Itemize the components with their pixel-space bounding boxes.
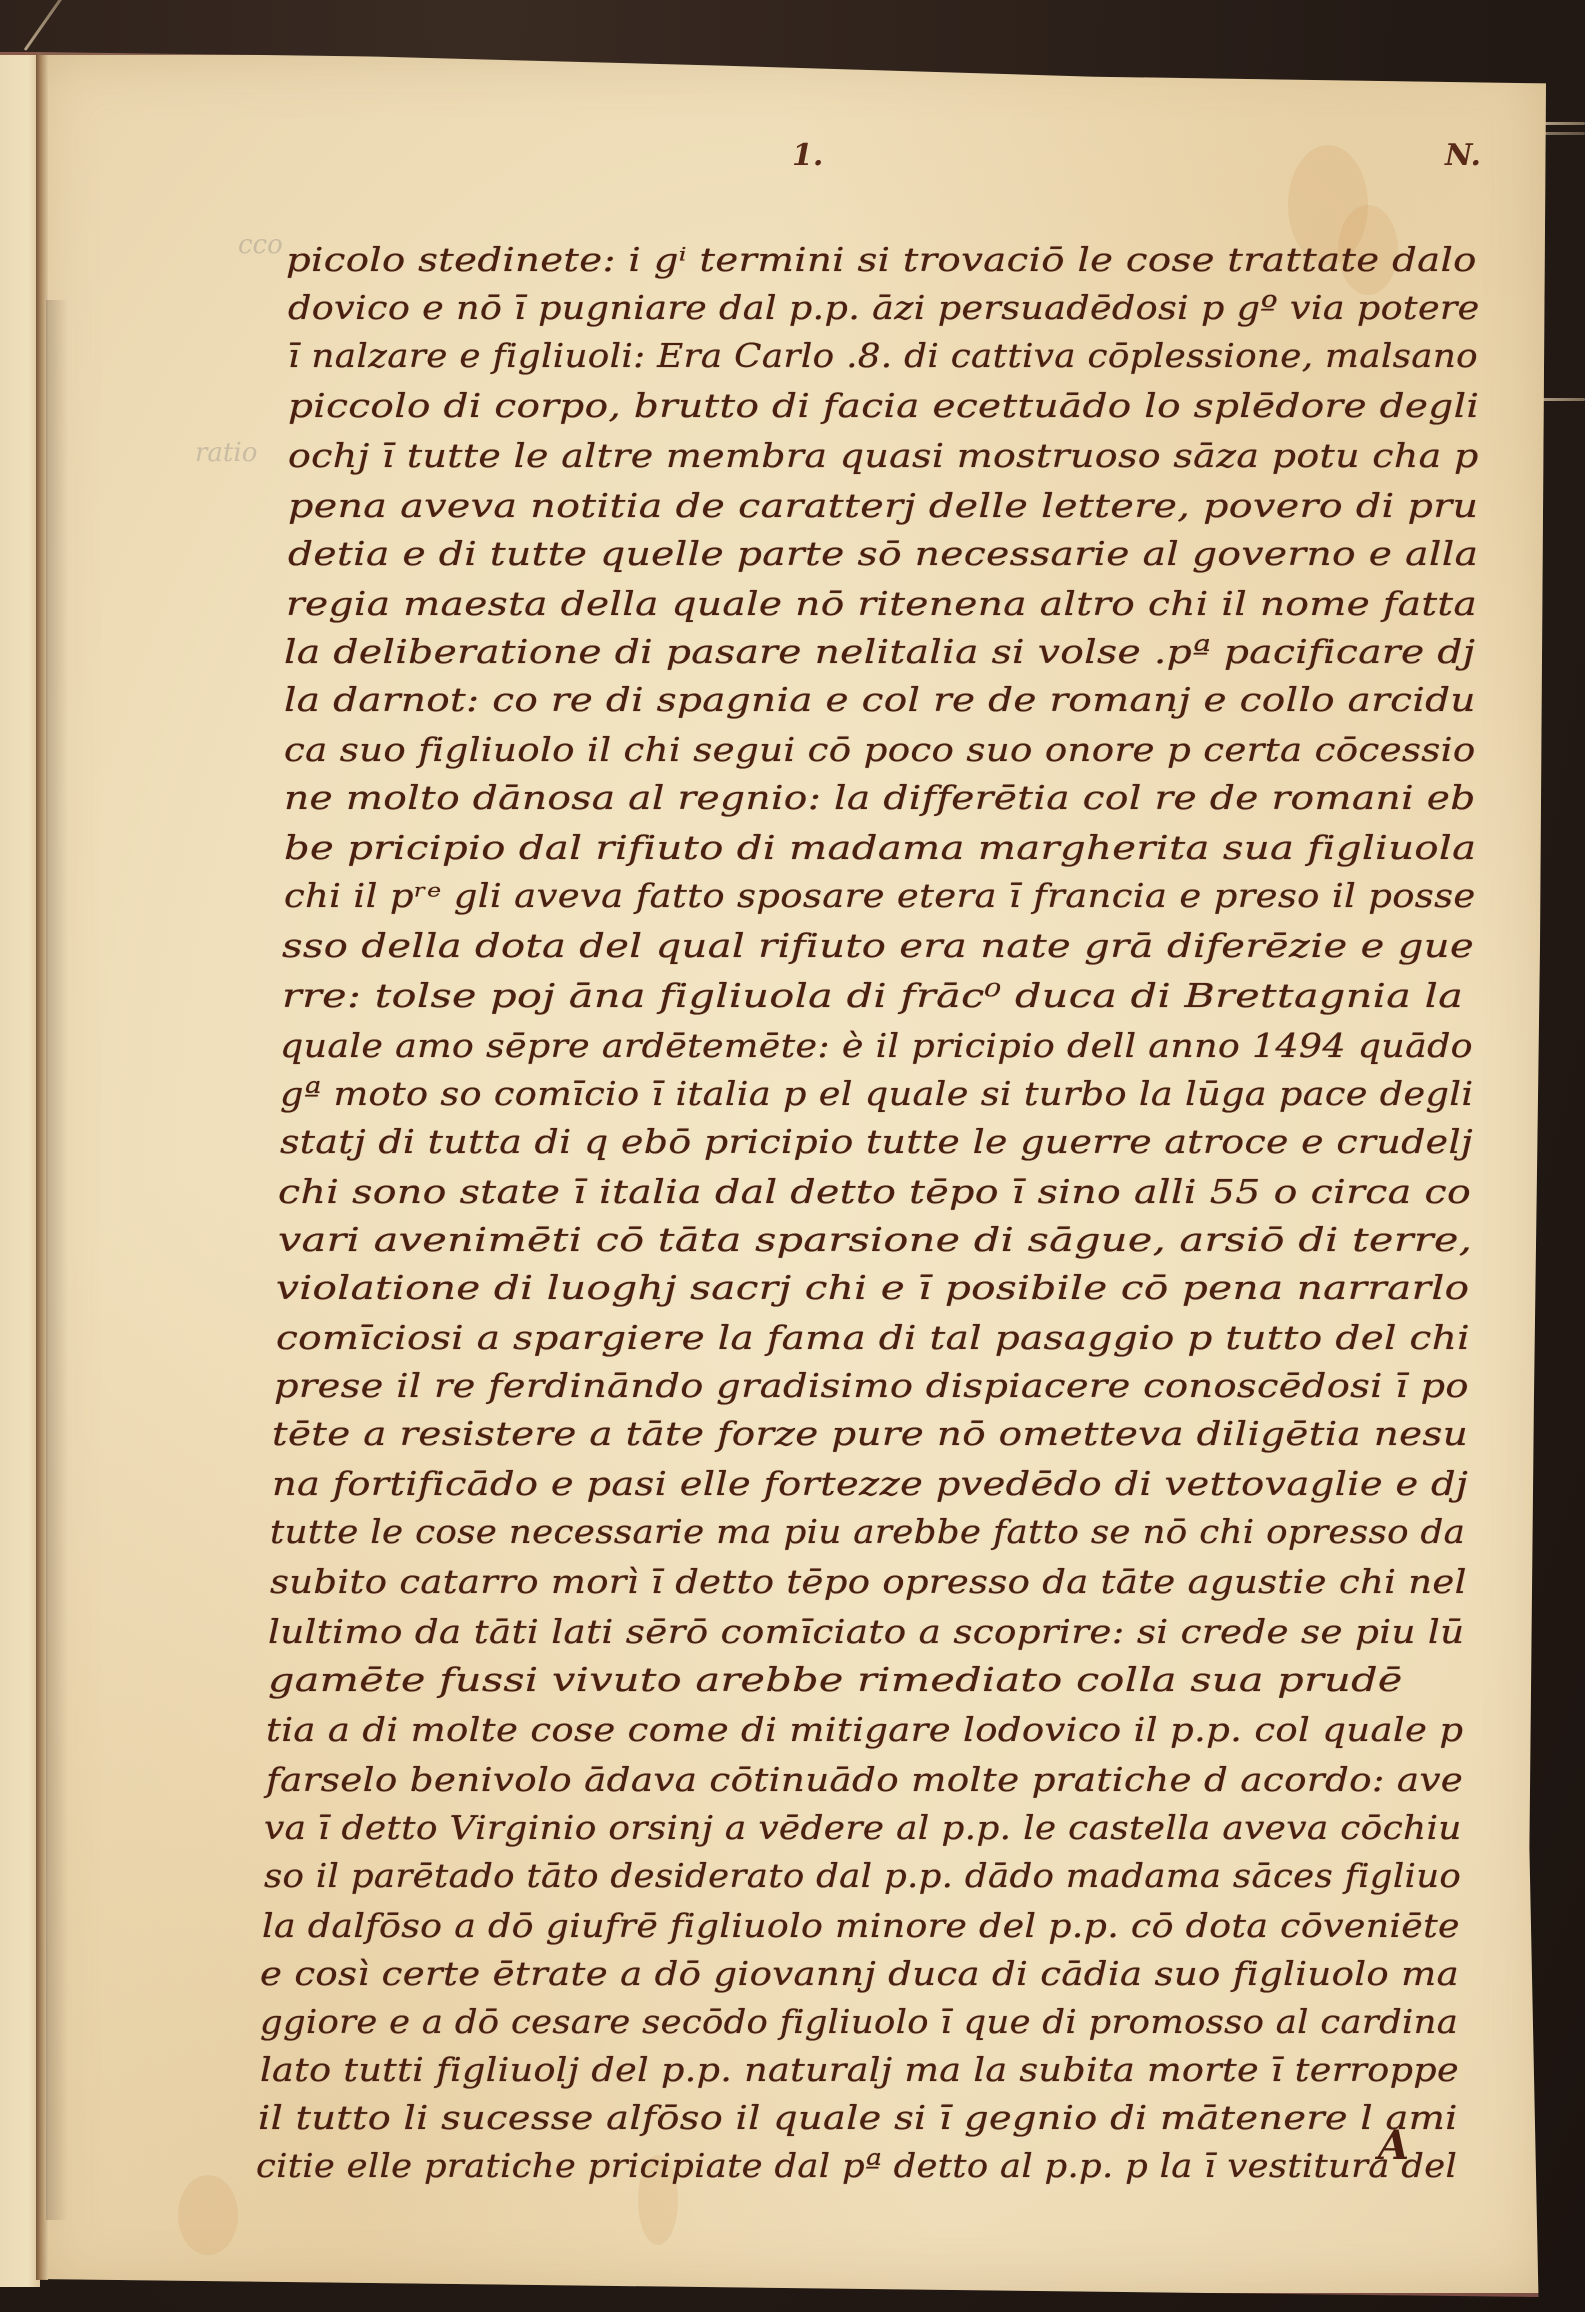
text-line: ggiore e a dō cesare secōdo figliuolo ī …	[260, 2002, 1458, 2041]
text-line: lato tutti figliuolj del p.p. naturalj m…	[260, 2050, 1459, 2089]
foxing-stain	[178, 2175, 238, 2255]
binding-thread	[1540, 122, 1585, 125]
folio-number: N.	[1445, 138, 1481, 173]
catchword: A	[1378, 2122, 1409, 2169]
text-line: tēte a resistere a tāte forze pure nō om…	[272, 1414, 1468, 1453]
bleed-through-text: ratio	[195, 438, 257, 468]
text-line: la deliberatione di pasare nelitalia si …	[284, 632, 1475, 671]
text-line: detia e di tutte quelle parte sō necessa…	[288, 534, 1478, 573]
fold-shadow	[46, 300, 68, 2220]
bleed-through-text: cco	[238, 230, 283, 260]
text-line: comīciosi a spargiere la fama di tal pas…	[276, 1318, 1470, 1357]
text-line: rre: tolse poj āna figliuola di frāc⁰ du…	[282, 976, 1463, 1015]
text-line: statj di tutta di q ebō pricipio tutte l…	[280, 1122, 1473, 1161]
text-line: sso della dota del qual rifiuto era nate…	[282, 926, 1474, 965]
text-line: il tutto li sucesse alfōso il quale si ī…	[258, 2098, 1458, 2137]
text-line: piccolo di corpo, brutto di facia ecettu…	[288, 386, 1479, 425]
text-line: ochj ī tutte le altre membra quasi mostr…	[288, 436, 1479, 475]
text-line: ī nalzare e figliuoli: Era Carlo .8. di …	[288, 336, 1478, 375]
text-line: be pricipio dal rifiuto di madama marghe…	[284, 828, 1476, 867]
text-line: e così certe ētrate a dō giovannj duca d…	[260, 1954, 1459, 1993]
text-line: tutte le cose necessarie ma piu arebbe f…	[270, 1512, 1465, 1551]
text-line: la darnot: co re di spagnia e col re de …	[284, 680, 1476, 719]
text-line: quale amo sēpre ardētemēte: è il pricipi…	[280, 1026, 1473, 1065]
text-line: regia maesta della quale nō ritenena alt…	[286, 584, 1477, 623]
text-line: picolo stedinete: i gⁱ termini si trovac…	[286, 240, 1477, 279]
text-line: gamēte fussi vivuto arebbe rimediato col…	[268, 1660, 1403, 1699]
folio-mark-left: 1.	[792, 138, 823, 173]
text-line: gª moto so comīcio ī italia p el quale s…	[280, 1074, 1473, 1113]
text-line: subito catarro morì ī detto tēpo opresso…	[270, 1562, 1467, 1601]
text-line: dovico e nō ī pugniare dal p.p. āzi pers…	[288, 288, 1480, 327]
text-line: va ī detto Virginio orsinj a vēdere al p…	[264, 1808, 1462, 1847]
text-line: ca suo figliuolo il chi segui cō poco su…	[284, 730, 1476, 769]
text-line: citie elle pratiche pricipiate dal pª de…	[256, 2146, 1457, 2185]
text-line: la dalfōso a dō giufrē figliuolo minore …	[262, 1906, 1460, 1945]
facing-page-edge	[0, 52, 40, 2287]
text-line: lultimo da tāti lati sērō comīciato a sc…	[268, 1612, 1464, 1651]
text-line: ne molto dānosa al regnio: la differētia…	[284, 778, 1476, 817]
text-line: farselo benivolo ādava cōtinuādo molte p…	[266, 1760, 1463, 1799]
binding-thread	[1540, 132, 1585, 135]
text-line: chi il pʳᵉ gli aveva fatto sposare etera…	[284, 876, 1476, 915]
text-line: prese il re ferdināndo gradisimo dispiac…	[274, 1366, 1469, 1405]
text-line: na fortificādo e pasi elle fortezze pved…	[272, 1464, 1468, 1503]
text-line: vari avenimēti cō tāta sparsione di sāgu…	[278, 1220, 1472, 1259]
text-line: pena aveva notitia de caratterj delle le…	[288, 486, 1478, 525]
text-line: violatione di luoghj sacrj chi e ī posib…	[276, 1268, 1469, 1307]
text-line: chi sono state ī italia dal detto tēpo ī…	[278, 1172, 1471, 1211]
text-line: tia a di molte cose come di mitigare lod…	[266, 1710, 1463, 1749]
text-line: so il parētado tāto desiderato dal p.p. …	[264, 1856, 1461, 1895]
